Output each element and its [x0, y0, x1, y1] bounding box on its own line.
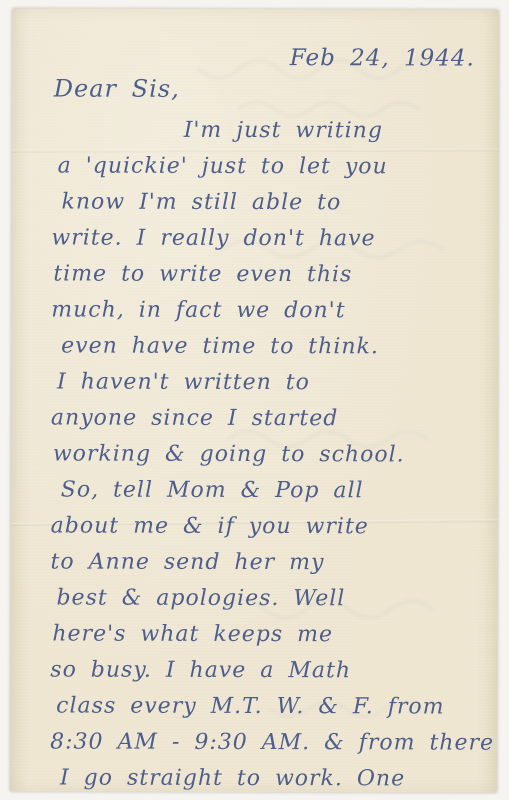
- letter-line: know I'm still able to: [61, 184, 488, 221]
- letter-body: I'm just writing a 'quickie' just to let…: [50, 112, 489, 797]
- letter-line: even have time to think.: [61, 328, 488, 365]
- letter-salutation: Dear Sis,: [54, 74, 180, 102]
- scan-background: Feb 24, 1944. Dear Sis, I'm just writing…: [0, 0, 509, 800]
- letter-paper: Feb 24, 1944. Dear Sis, I'm just writing…: [10, 8, 499, 792]
- letter-date: Feb 24, 1944.: [290, 45, 475, 71]
- letter-line: So, tell Mom & Pop all: [61, 472, 488, 509]
- letter-line: best & apologies. Well: [56, 580, 487, 617]
- letter-line: here's what keeps me: [52, 616, 487, 653]
- letter-line: I haven't written to: [57, 364, 488, 401]
- letter-line: write. I really don't have: [51, 220, 488, 257]
- letter-line: a 'quickie' just to let you: [58, 148, 489, 185]
- letter-line: I go straight to work. One: [60, 760, 487, 797]
- letter-line: so busy. I have a Math: [50, 652, 487, 689]
- letter-line: to Anne send her my: [51, 544, 488, 581]
- letter-line: working & going to school.: [53, 436, 488, 473]
- letter-line: 8:30 AM - 9:30 AM. & from there: [50, 724, 487, 761]
- letter-line: time to write even this: [53, 256, 488, 293]
- letter-line: anyone since I started: [51, 400, 488, 437]
- letter-line: I'm just writing: [52, 112, 489, 149]
- letter-line: about me & if you write: [51, 508, 488, 545]
- letter-line: class every M.T. W. & F. from: [56, 688, 487, 725]
- letter-line: much, in fact we don't: [51, 292, 488, 329]
